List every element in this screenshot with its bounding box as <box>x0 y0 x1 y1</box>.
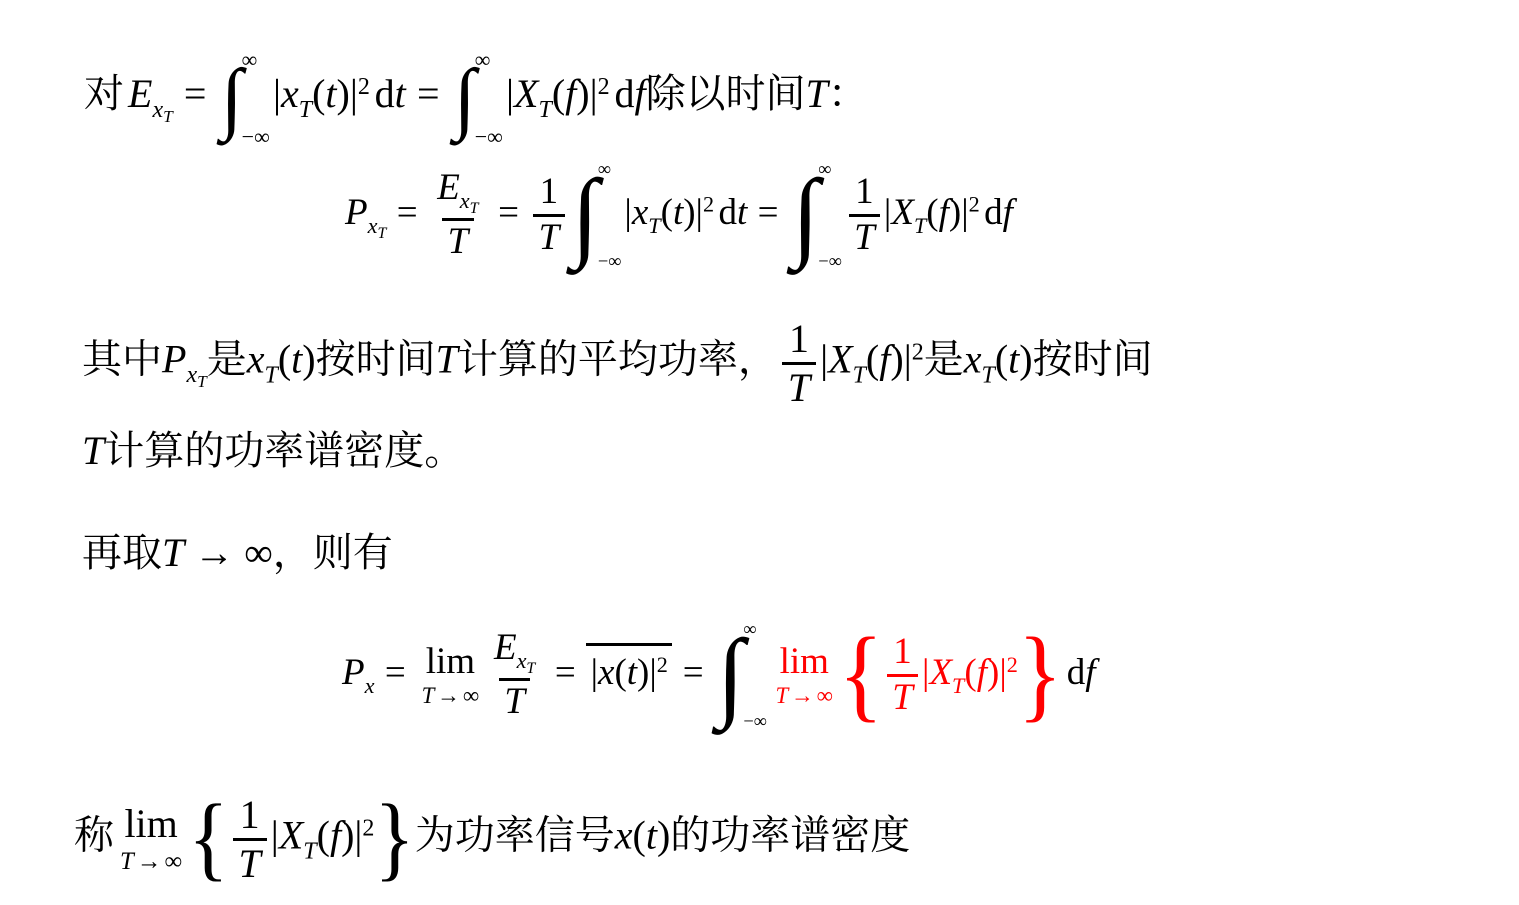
paren-open: ( <box>661 192 673 233</box>
var-T: T <box>82 428 104 473</box>
var-t: t <box>325 71 336 116</box>
fraction-denominator: T <box>442 218 474 264</box>
fraction-denominator: T <box>782 362 816 411</box>
lim-word: lim <box>124 804 177 844</box>
paragraph-explanation-1: 其中PxT是xT(t)按时间T计算的平均功率，1T|XT(f)|2是xT(t)按… <box>82 316 1153 411</box>
fraction-1-over-T: 1T <box>233 792 267 887</box>
limit-operator: limT→∞ <box>775 643 833 708</box>
sup-2: 2 <box>1007 652 1018 677</box>
integral-sign: ∫ <box>571 158 598 273</box>
limit-upper: ∞ <box>743 621 767 640</box>
paren-close: ) <box>987 652 999 693</box>
paren-close: ) <box>890 337 903 382</box>
var-T: T <box>775 683 788 708</box>
equals-sign: = <box>498 192 519 233</box>
text-comma-zeyou: ，则有 <box>273 530 393 575</box>
var-f: f <box>565 71 576 116</box>
text-chuyi-shijian: 除以时间 <box>646 71 806 116</box>
paren-open: ( <box>614 652 626 693</box>
var-t: t <box>646 813 657 858</box>
fraction-denominator: T <box>499 678 531 724</box>
var-x: x <box>152 97 163 123</box>
paren-close: ) <box>302 337 315 382</box>
psd-limit-highlighted: limT→∞{1T|XT(f)|2} <box>770 652 1062 693</box>
abs-bar: | <box>506 71 514 116</box>
var-E: E <box>494 627 517 668</box>
differential-d: d <box>1067 652 1086 693</box>
var-T: T <box>197 372 207 391</box>
lim-word: lim <box>426 643 475 680</box>
var-f: f <box>977 652 987 693</box>
text-anshijian: 按时间 <box>316 337 436 382</box>
abs-bar: | <box>961 192 968 233</box>
limit-upper: ∞ <box>242 49 270 71</box>
var-T: T <box>163 107 173 126</box>
integral-limits: ∞−∞ <box>743 618 767 733</box>
var-T: T <box>504 681 525 722</box>
fraction-numerator: ExT <box>432 167 484 218</box>
arrow: → <box>791 683 814 708</box>
var-T: T <box>436 337 458 382</box>
paren-close: ) <box>1019 337 1032 382</box>
sub-T: T <box>264 362 277 388</box>
var-T: T <box>162 530 184 575</box>
arrow: → <box>194 530 234 575</box>
arrow: → <box>437 683 460 708</box>
var-E: E <box>437 167 460 208</box>
fraction-denominator: T <box>849 214 881 260</box>
paren-open: ( <box>995 337 1008 382</box>
infinity-sign: ∞ <box>165 848 183 875</box>
var-P: P <box>162 337 186 382</box>
fraction-numerator: ExT <box>488 627 540 678</box>
lim-under: T→∞ <box>775 685 833 708</box>
var-P: P <box>342 652 365 693</box>
document-page: 对ExT=∫∞−∞|xT(t)|2dt=∫∞−∞|XT(f)|2df除以时间T：… <box>0 0 1519 905</box>
text-de-gonglv-pumidu: 的功率谱密度 <box>670 813 910 858</box>
var-t: t <box>395 71 406 116</box>
sub-T: T <box>538 97 551 123</box>
var-T: T <box>422 683 435 708</box>
limit-upper: ∞ <box>475 49 503 71</box>
subscript-xT: xT <box>152 97 172 123</box>
integral-limits: ∞−∞ <box>242 46 270 150</box>
formula-line-average-power: PxT=ExTT=1T∫∞−∞|xT(t)|2dt=∫∞−∞1T|XT(f)|2… <box>345 158 1013 273</box>
sub-T: T <box>914 213 926 238</box>
sub-T: T <box>299 97 312 123</box>
paragraph-take-limit: 再取T→∞，则有 <box>82 528 393 578</box>
formula-line-energy-definition: 对ExT=∫∞−∞|xT(t)|2dt=∫∞−∞|XT(f)|2df除以时间T： <box>84 46 868 150</box>
fraction-1-over-T: 1T <box>887 631 919 719</box>
text-shi: 是 <box>924 337 964 382</box>
var-t: t <box>737 192 747 233</box>
integral: ∫∞−∞ <box>571 158 621 273</box>
paren-close: ) <box>576 71 589 116</box>
time-average-overline: |x(t)|2 <box>586 643 672 696</box>
fraction-1-over-T: 1T <box>849 171 881 259</box>
subscript-xT: xT <box>186 362 206 388</box>
limit-operator: limT→∞ <box>422 643 480 708</box>
integral: ∫∞−∞ <box>717 618 767 733</box>
paren-close: ) <box>341 813 354 858</box>
lim-under: T→∞ <box>120 850 182 875</box>
sup-2: 2 <box>358 74 370 100</box>
var-X: X <box>828 337 852 382</box>
var-x: x <box>460 188 470 213</box>
differential-d: d <box>375 71 395 116</box>
integral: ∫∞−∞ <box>792 158 842 273</box>
paren-close: ) <box>949 192 961 233</box>
fraction-numerator: 1 <box>850 171 880 214</box>
var-P: P <box>345 192 368 233</box>
limit-lower: −∞ <box>475 126 503 148</box>
var-f: f <box>1003 192 1013 233</box>
limit-upper: ∞ <box>598 161 622 180</box>
integral: ∫∞−∞ <box>221 46 270 150</box>
var-f: f <box>330 813 341 858</box>
var-X: X <box>279 813 303 858</box>
text-shi: 是 <box>207 337 247 382</box>
sup-2: 2 <box>912 340 924 366</box>
text-colon: ： <box>828 71 868 116</box>
var-x: x <box>368 213 378 238</box>
paren-close: ) <box>337 71 350 116</box>
infinity-sign: ∞ <box>817 683 833 708</box>
paren-open: ( <box>964 652 976 693</box>
text-anshijian: 按时间 <box>1033 337 1153 382</box>
abs-bar: | <box>999 652 1006 693</box>
abs-bar: | <box>820 337 828 382</box>
sup-2: 2 <box>598 74 610 100</box>
sub-T: T <box>853 362 866 388</box>
equals-sign: = <box>385 652 406 693</box>
brace-close: } <box>1018 618 1062 732</box>
equals-sign: = <box>555 652 576 693</box>
integral-sign: ∫ <box>792 158 819 273</box>
limit-lower: −∞ <box>242 126 270 148</box>
abs-bar: | <box>350 71 358 116</box>
integral-sign: ∫ <box>454 46 476 150</box>
sup-2: 2 <box>703 192 714 217</box>
fraction-1-over-T: 1T <box>533 171 565 259</box>
sub-T: T <box>981 362 994 388</box>
abs-bar: | <box>591 652 598 693</box>
abs-bar: | <box>696 192 703 233</box>
paren-close: ) <box>657 813 670 858</box>
abs-bar: | <box>904 337 912 382</box>
paragraph-explanation-2: T计算的功率谱密度。 <box>82 426 464 476</box>
var-T: T <box>448 221 469 262</box>
var-T: T <box>526 660 535 677</box>
abs-bar: | <box>271 813 279 858</box>
paren-open: ( <box>633 813 646 858</box>
limit-lower: −∞ <box>598 253 622 272</box>
fraction-numerator: 1 <box>234 792 266 838</box>
paren-open: ( <box>926 192 938 233</box>
fraction-numerator: 1 <box>783 316 815 362</box>
paragraph-psd-definition: 称limT→∞{1T|XT(f)|2}为功率信号x(t)的功率谱密度 <box>74 792 910 887</box>
var-x: x <box>247 337 265 382</box>
paren-close: ) <box>683 192 695 233</box>
limit-operator: limT→∞ <box>120 804 182 874</box>
var-X: X <box>929 652 952 693</box>
sub-T: T <box>303 838 316 864</box>
var-E: E <box>128 71 152 116</box>
var-T: T <box>470 200 479 217</box>
arrow: → <box>137 848 162 875</box>
paren-close: ) <box>637 652 649 693</box>
var-f: f <box>1085 652 1095 693</box>
sup-2: 2 <box>969 192 980 217</box>
equals-sign: = <box>184 71 207 116</box>
fraction-denominator: T <box>233 838 267 887</box>
equals-sign: = <box>758 192 779 233</box>
abs-bar: | <box>590 71 598 116</box>
var-t: t <box>673 192 683 233</box>
formula-line-power-limit: Px=limT→∞ExTT=|x(t)|2=∫∞−∞limT→∞{1T|XT(f… <box>342 618 1095 733</box>
subscript-xT: xT <box>517 648 536 673</box>
paren-open: ( <box>317 813 330 858</box>
brace-close: } <box>374 788 414 891</box>
sub-T: T <box>648 213 660 238</box>
var-x: x <box>281 71 299 116</box>
var-x: x <box>632 192 648 233</box>
fraction-numerator: 1 <box>534 171 564 214</box>
fraction-denominator: T <box>533 214 565 260</box>
abs-bar: | <box>624 192 631 233</box>
limit-lower: −∞ <box>743 713 767 732</box>
abs-bar: | <box>273 71 281 116</box>
brace-open: { <box>188 788 228 891</box>
sup-2: 2 <box>362 816 374 842</box>
text-qizhong: 其中 <box>82 337 162 382</box>
var-X: X <box>514 71 538 116</box>
fraction-ExT-over-T: ExTT <box>488 627 540 724</box>
sub-x: x <box>365 673 375 698</box>
var-t: t <box>627 652 637 693</box>
var-T: T <box>120 848 134 875</box>
var-T: T <box>806 71 828 116</box>
var-x: x <box>598 652 614 693</box>
paren-open: ( <box>312 71 325 116</box>
sup-2: 2 <box>657 652 668 677</box>
equals-sign: = <box>397 192 418 233</box>
abs-bar: | <box>649 652 656 693</box>
paren-open: ( <box>278 337 291 382</box>
brace-open: { <box>839 618 883 732</box>
limit-upper: ∞ <box>818 161 842 180</box>
paren-open: ( <box>866 337 879 382</box>
var-x: x <box>964 337 982 382</box>
integral-limits: ∞−∞ <box>598 158 622 273</box>
subscript-xT: xT <box>368 213 387 238</box>
infinity-sign: ∞ <box>463 683 479 708</box>
fraction-1-over-T: 1T <box>782 316 816 411</box>
var-f: f <box>939 192 949 233</box>
differential-d: d <box>719 192 738 233</box>
var-X: X <box>891 192 914 233</box>
differential-d: d <box>614 71 634 116</box>
fraction-denominator: T <box>887 674 919 720</box>
integral-sign: ∫ <box>717 618 744 733</box>
limit-lower: −∞ <box>818 253 842 272</box>
text-jisuan-pingjun: 计算的平均功率， <box>458 337 778 382</box>
integral-limits: ∞−∞ <box>475 46 503 150</box>
fraction-numerator: 1 <box>888 631 918 674</box>
text-cheng: 称 <box>74 813 114 858</box>
text-zaiqu: 再取 <box>82 530 162 575</box>
var-x: x <box>517 648 527 673</box>
integral: ∫∞−∞ <box>454 46 503 150</box>
var-t: t <box>1008 337 1019 382</box>
text-jisuan-gonglv: 计算的功率谱密度。 <box>104 428 464 473</box>
var-x: x <box>186 362 197 388</box>
sub-T: T <box>952 673 964 698</box>
infinity-sign: ∞ <box>244 530 273 575</box>
lim-under: T→∞ <box>422 685 480 708</box>
differential-d: d <box>984 192 1003 233</box>
text-wei-gonglv-xinhao: 为功率信号 <box>415 813 615 858</box>
lim-word: lim <box>780 643 829 680</box>
text-dui: 对 <box>84 71 124 116</box>
integral-limits: ∞−∞ <box>818 158 842 273</box>
fraction-ExT-over-T: ExTT <box>432 167 484 264</box>
var-f: f <box>634 71 645 116</box>
var-f: f <box>879 337 890 382</box>
equals-sign: = <box>683 652 704 693</box>
var-x: x <box>615 813 633 858</box>
paren-open: ( <box>552 71 565 116</box>
subscript-xT: xT <box>460 188 479 213</box>
var-T: T <box>377 225 386 242</box>
integral-sign: ∫ <box>221 46 243 150</box>
equals-sign: = <box>417 71 440 116</box>
var-t: t <box>291 337 302 382</box>
